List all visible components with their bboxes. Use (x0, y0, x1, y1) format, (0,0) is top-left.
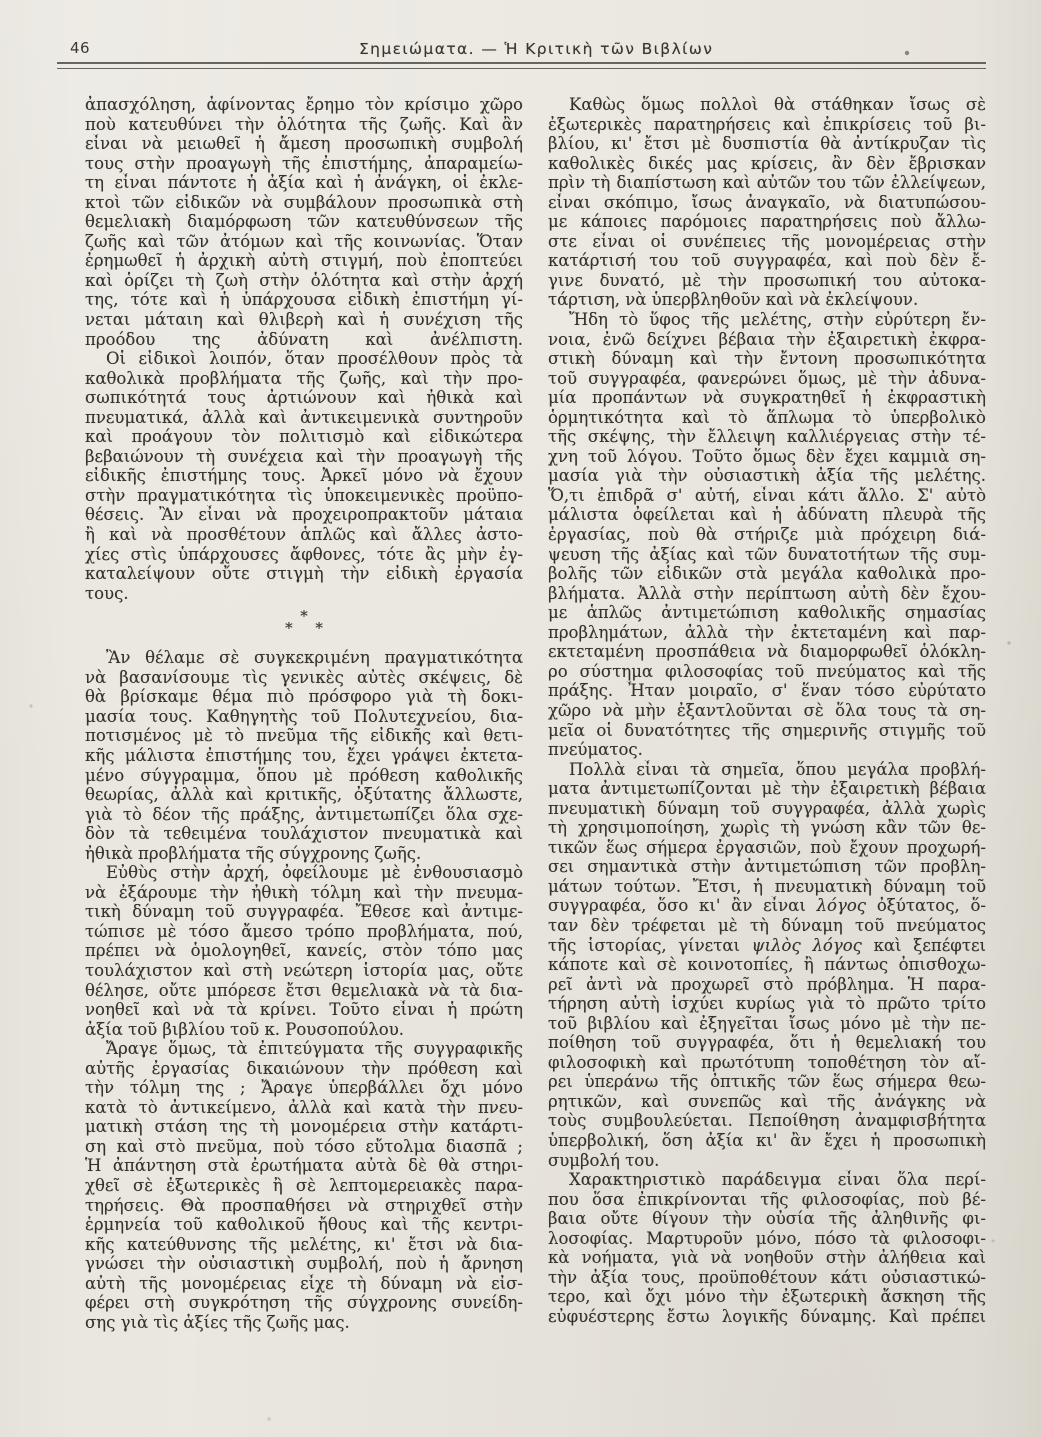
text-line: στε εἶναι οἱ συνέπειες τῆς μονομέρειας σ… (548, 232, 986, 252)
text-line: τοῦ συγγραφέα, φανερώνει ὅμως, μὲ τὴν ἀδ… (548, 369, 986, 389)
text-line: ὑπερβολική, ὅση ἀξία κι' ἂν ἔχει ἡ προσω… (548, 1131, 986, 1151)
text-line: καταλείψουν οὔτε στιγμὴ τὴν εἰδικὴ ἐργασ… (85, 564, 523, 584)
paragraph: Οἱ εἰδικοὶ λοιπόν, ὅταν προσέλθουν πρὸς … (85, 349, 523, 603)
running-title: Σημειώματα. — Ἡ Κριτικὴ τῶν Βιβλίων (359, 40, 713, 58)
text-line: με ἁπλῶς ἀντιμετώπιση καθολικῆς σημασίας (548, 603, 986, 623)
text-line: ζωῆς καὶ τῶν ἀτόμων καὶ τῆς κοινωνίας. Ὅ… (85, 232, 523, 252)
text-line: τουλάχιστον καὶ στὴ νεώτερη ἱστορία μας,… (85, 961, 523, 981)
text-line: προβλημάτων, ἀλλὰ τὴν ἐκτεταμένη καὶ παρ… (548, 623, 986, 643)
paragraph: Ἄραγε ὅμως, τὰ ἐπιτεύγματα τῆς συγγραφικ… (85, 1039, 523, 1332)
text-line: ἐξωτερικὲς παρατηρήσεις καὶ ἐπικρίσεις τ… (548, 115, 986, 135)
text-line: ρεῖ ἀντὶ νὰ προχωρεῖ στὸ πρόβλημα. Ἡ παρ… (548, 975, 986, 995)
text-line: που ὅσα ἐπικρίνονται τῆς φιλοσοφίας, ποὺ… (548, 1190, 986, 1210)
header-rule (57, 62, 986, 69)
text-line: κῆς μάλιστα ἐπιστήμης του, ἔχει γράψει ἐ… (85, 746, 523, 766)
text-line: τερο, καὶ ὄχι μόνο τὴν ἐξωτερικὴ ἄσκηση … (548, 1287, 986, 1307)
text-line: τικῶν ἕως σήμερα ἐργασιῶν, ποὺ ἔχουν προ… (548, 838, 986, 858)
text-line: πνευματικὴ δύναμη τοῦ συγγραφέα, ἀλλὰ χω… (548, 799, 986, 819)
text-line: γινε δυνατό, μὲ τὴν προσωπική του αὐτοκα… (548, 271, 986, 291)
text-line: ποὺ κατευθύνει τὴν ὁλότητα τῆς ζωῆς. Καὶ… (85, 115, 523, 135)
text-line: νὰ ἐξάρουμε τὴν ἠθικὴ τόλμη καὶ τὴν πνευ… (85, 883, 523, 903)
text-line: νεται μάταιη καὶ θλιβερὴ καὶ ἡ συνέχιση … (85, 310, 523, 330)
text-line: τὴ χρησιμοποίηση, χωρὶς τὴ γνώση κἂν τῶν… (548, 818, 986, 838)
text-line: ἐρημωθεῖ ἡ ἀρχικὴ αὐτὴ στιγμή, ποὺ ἐποπτ… (85, 251, 523, 271)
text-line: προόδου της ἀδύνατη καὶ ἀνέλπιστη. (85, 330, 523, 350)
asterism-separator: ** * (85, 603, 523, 648)
text-line: ψευση τῆς ἀξίας καὶ τῶν δυνατοτήτων τῆς … (548, 545, 986, 565)
text-line: καὶ προάγουν τὸν πολιτισμὸ καὶ εἰδικώτερ… (85, 427, 523, 447)
text-line: γνώσει τὴν οὐσιαστικὴ συμβολή, ποὺ ἡ ἄρν… (85, 1254, 523, 1274)
text-line: ταν δὲν τρέφεται μὲ τὴ δύναμη τοῦ πνεύμα… (548, 916, 986, 936)
text-line: καθολικὲς δικές μας κρίσεις, ἂν δὲν ἔβρι… (548, 154, 986, 174)
text-line: Οἱ εἰδικοὶ λοιπόν, ὅταν προσέλθουν πρὸς … (85, 349, 523, 369)
text-line: νοηθεῖ καὶ νὰ τὰ κρίνει. Τοῦτο εἶναι ἡ π… (85, 1000, 523, 1020)
text-line: κατάρτισή του τοῦ συγγραφέα, καὶ ποὺ δὲν… (548, 251, 986, 271)
text-line: μασία γιὰ τὴν οὐσιαστικὴ ἀξία τῆς μελέτη… (548, 466, 986, 486)
text-line: τους στὴν προαγωγὴ τῆς ἐπιστήμης, ἀπαραμ… (85, 154, 523, 174)
asterisk-glyph: * * (85, 622, 523, 635)
text-line: μάλιστα ὀφείλεται καὶ ἡ ἀδύνατη πλευρὰ τ… (548, 505, 986, 525)
text-column-right: Καθὼς ὅμως πολλοὶ θὰ στάθηκαν ἴσως σὲἐξω… (548, 95, 986, 1332)
text-line: τῆς ἱστορίας, γίνεται ψιλὸς λόγος καὶ ξε… (548, 936, 986, 956)
text-line: Ἡ ἀπάντηση στὰ ἐρωτήματα αὐτὰ δὲ θὰ στηρ… (85, 1156, 523, 1176)
text-line: εκτεταμένη προσπάθεια νὰ διαμορφωθεῖ ὁλό… (548, 642, 986, 662)
text-line: εἶναι νὰ μειωθεῖ ἡ ἄμεση προσωπικὴ συμβο… (85, 134, 523, 154)
text-line: τοὺς συμβουλεύεται. Πεποίθηση ἀναμφισβήτ… (548, 1111, 986, 1131)
text-line: γιὰ τὸ δέον τῆς πράξης, ἀντιμετωπίζει ὅλ… (85, 805, 523, 825)
text-line: συγγραφέα, ὅσο κι' ἂν εἶναι λόγος ὀξύτατ… (548, 896, 986, 916)
page-number: 46 (70, 39, 90, 57)
text-line: τῆς σκέψης, τὴν ἔλλειψη καλλιέργειας στὴ… (548, 427, 986, 447)
text-line: τικὴ δύναμη τοῦ συγγραφέα. Ἔθεσε καὶ ἀντ… (85, 902, 523, 922)
text-line: βεβαιώνουν τὴ συνέχεια καὶ τὴν προαγωγὴ … (85, 447, 523, 467)
text-line: καθολικὰ προβλήματα τῆς ζωῆς, καὶ τὴν πρ… (85, 369, 523, 389)
paragraph: Καθὼς ὅμως πολλοὶ θὰ στάθηκαν ἴσως σὲἐξω… (548, 95, 986, 310)
text-line: καὶ ὁρίζει τὴ ζωὴ στὴν ὁλότητα καὶ στὴν … (85, 271, 523, 291)
text-line: ρητικῶν, καὶ συνεπῶς καὶ τῆς ἀνάγκης νὰ (548, 1092, 986, 1112)
text-line: λοσοφίας. Μαρτυροῦν μόνο, πόσο τὰ φιλοσο… (548, 1229, 986, 1249)
text-line: συμβολή του. (548, 1151, 986, 1171)
text-line: ὁρμητικότητα καὶ τὸ ἅπλωμα τὸ ὑπερβολικὸ (548, 408, 986, 428)
text-line: χῶρο νὰ μὴν ἐξαντλοῦνται σὲ ὅλα τους τὰ … (548, 701, 986, 721)
text-line: φέρει στὴ συγκρότηση τῆς σύγχρονης συνεί… (85, 1293, 523, 1313)
paragraph: Εὐθὺς στὴν ἀρχή, ὀφείλουμε μὲ ἐνθουσιασμ… (85, 863, 523, 1039)
text-line: ἀπασχόληση, ἀφίνοντας ἔρημο τὸν κρίσιμο … (85, 95, 523, 115)
text-line: θέλησε, οὔτε μπόρεσε ἔτσι θεμελιακὰ νὰ τ… (85, 981, 523, 1001)
text-line: στὴν πραγματικότητα τὶς ὑποκειμενικὲς πρ… (85, 486, 523, 506)
text-line: τὴν ἀξία τους, προϋποθέτουν κάτι οὐσιαστ… (548, 1268, 986, 1288)
text-line: πράξης. Ἦταν μοιραῖο, σ' ἕναν τόσο εὐρύτ… (548, 681, 986, 701)
text-line: στικὴ δύναμη καὶ τὴν ἔντονη προσωπικότητ… (548, 349, 986, 369)
text-line: ρει ὑπεράνω τῆς ὀπτικῆς τῶν ἕως σήμερα θ… (548, 1072, 986, 1092)
text-line: χίες στὶς ὑπάρχουσες ἄφθονες, τότε ἂς μὴ… (85, 545, 523, 565)
text-line: Εὐθὺς στὴν ἀρχή, ὀφείλουμε μὲ ἐνθουσιασμ… (85, 863, 523, 883)
text-line: χθεῖ σὲ ἐξωτερικὲς ἢ σὲ λεπτομερειακὲς π… (85, 1176, 523, 1196)
text-line: μένο σύγγραμμα, ὅπου μὲ πρόθεση καθολικῆ… (85, 766, 523, 786)
scan-speck (0, 0, 2, 2)
text-line: σει σημαντικὰ στὴν ἀντιμετώπιση τῶν προβ… (548, 857, 986, 877)
text-line: Ἄραγε ὅμως, τὰ ἐπιτεύγματα τῆς συγγραφικ… (85, 1039, 523, 1059)
text-line: ἐργασίας, ποὺ θὰ στήριζε μιὰ πρόχειρη δι… (548, 525, 986, 545)
text-line: ματα ἀντιμετωπίζονται μὲ τὴν ἐξαιρετικὴ … (548, 779, 986, 799)
text-line: πνεύματος. (548, 740, 986, 760)
text-line: πρὶν τὴ διαπίστωση καὶ αὐτῶν του τῶν ἐλλ… (548, 173, 986, 193)
text-line: βολῆς τῶν εἰδικῶν στὰ μεγάλα καθολικὰ πρ… (548, 564, 986, 584)
text-line: με κάποιες παρόμοιες παρατηρήσεις ποὺ ἄλ… (548, 212, 986, 232)
text-line: Ὅ,τι ἐπιδρᾶ σ' αὐτή, εἶναι κάτι ἄλλο. Σ'… (548, 486, 986, 506)
text-line: Ἤδη τὸ ὕφος τῆς μελέτης, στὴν εὐρύτερη ἔ… (548, 310, 986, 330)
text-columns: ἀπασχόληση, ἀφίνοντας ἔρημο τὸν κρίσιμο … (85, 95, 986, 1332)
text-line: τοῦ βιβλίου καὶ ἐξηγεῖται ἴσως μόνο μὲ τ… (548, 1014, 986, 1034)
text-line: κὰ νοήματα, γιὰ νὰ νοηθοῦν στὴν ἀλήθεια … (548, 1248, 986, 1268)
text-line: ἀξία τοῦ βιβλίου τοῦ κ. Ρουσοπούλου. (85, 1020, 523, 1040)
text-line: τους. (85, 584, 523, 604)
text-line: ρο σύστημα φιλοσοφίας τοῦ πνεύματος καὶ … (548, 662, 986, 682)
text-line: αὐτῆς ἐργασίας δικαιώνουν τὴν πρόθεση κα… (85, 1059, 523, 1079)
text-line: ση καὶ στὸ πνεῦμα, ποὺ τόσο εὔτολμα διασ… (85, 1137, 523, 1157)
text-line: ποίθηση τοῦ συγγραφέα, ὅτι ἡ θεμελιακή τ… (548, 1033, 986, 1053)
text-line: Καθὼς ὅμως πολλοὶ θὰ στάθηκαν ἴσως σὲ (548, 95, 986, 115)
text-line: ἑρμηνεία τοῦ καθολικοῦ ἤθους καὶ τῆς κεν… (85, 1215, 523, 1235)
text-line: μεῖα οἱ δυνατότητες τῆς σημερινῆς στιγμῆ… (548, 721, 986, 741)
text-line: Ἂν θέλαμε σὲ συγκεκριμένη πραγματικότητα (85, 648, 523, 668)
text-line: μάτων τούτων. Ἔτσι, ἡ πνευματικὴ δύναμη … (548, 877, 986, 897)
text-line: θεμελιακὴ διαμόρφωση τῶν κατευθύνσεων τῆ… (85, 212, 523, 232)
text-line: Πολλὰ εἶναι τὰ σημεῖα, ὅπου μεγάλα προβλ… (548, 760, 986, 780)
document-page: 46 Σημειώματα. — Ἡ Κριτικὴ τῶν Βιβλίων ἀ… (0, 0, 1041, 1437)
text-line: κατὰ τὸ ἀντικείμενο, ἀλλὰ καὶ κατὰ τὴν π… (85, 1098, 523, 1118)
text-line: εὐφυέστερης ἔστω λογικῆς δύναμης. Καὶ πρ… (548, 1307, 986, 1327)
text-line: της, τότε καὶ ἡ ὑπάρχουσα εἰδικὴ ἐπιστήμ… (85, 290, 523, 310)
text-line: νοια, ἐνῶ δείχνει βέβαια τὴν ἐξαιρετικὴ … (548, 330, 986, 350)
text-line: θὰ βρίσκαμε θέμα πιὸ πρόσφορο γιὰ τὴ δοκ… (85, 687, 523, 707)
text-line: πρέπει νὰ ὁμολογηθεῖ, κανείς, στὸν τόπο … (85, 941, 523, 961)
text-line: μία προπάντων νὰ συγκρατηθεῖ ἡ ἐκφραστικ… (548, 388, 986, 408)
text-line: βλίου, κι' ἔτσι μὲ δυσπιστία θὰ ἀντίκρυζ… (548, 134, 986, 154)
paragraph: Ἤδη τὸ ὕφος τῆς μελέτης, στὴν εὐρύτερη ἔ… (548, 310, 986, 760)
text-line: νὰ βασανίσουμε τὶς γενικὲς αὐτὲς σκέψεις… (85, 668, 523, 688)
text-line: ματικὴ στάση της τὴ μονομέρεια στὴν κατά… (85, 1117, 523, 1137)
text-line: χνη τοῦ λόγου. Τοῦτο ὅμως δὲν ἔχει καμμι… (548, 447, 986, 467)
text-line: δὸν τὰ τεθειμένα τουλάχιστον πνευματικὰ … (85, 824, 523, 844)
text-line: εἰδικῆς ἐπιστήμης τους. Ἀρκεῖ μόνο νὰ ἔχ… (85, 466, 523, 486)
paragraph: Χαρακτηριστικὸ παράδειγμα εἶναι ὅλα περί… (548, 1170, 986, 1326)
text-line: ποτισμένος μὲ τὸ πνεῦμα τῆς εἰδικῆς καὶ … (85, 726, 523, 746)
text-line: μασία τους. Καθηγητὴς τοῦ Πολυτεχνείου, … (85, 707, 523, 727)
text-column-left: ἀπασχόληση, ἀφίνοντας ἔρημο τὸν κρίσιμο … (85, 95, 523, 1332)
text-line: θεωρίας, ἀλλὰ καὶ κριτικῆς, ὀξύτατης ἄλλ… (85, 785, 523, 805)
text-line: φιλοσοφικὴ καὶ πρωτότυπη τοποθέτηση τὸν … (548, 1053, 986, 1073)
text-line: αὐτὴ τῆς μονομέρειας εἶχε τὴ δύναμη νὰ ε… (85, 1274, 523, 1294)
text-line: τήρηση αὐτὴ ἰσχύει κυρίως γιὰ τὸ πρῶτο τ… (548, 994, 986, 1014)
text-line: σωπικότητά τους ἀρτιώνουν καὶ ἠθικὰ καὶ (85, 388, 523, 408)
text-line: θέσεις. Ἂν εἶναι νὰ προχειροπρακτοῦν μάτ… (85, 505, 523, 525)
text-line: πνευματικά, ἀλλὰ καὶ ἀντικειμενικὰ συντη… (85, 408, 523, 428)
text-line: τη εἶναι πάντοτε ἡ ἀξία καὶ ἡ ἀνάγκη, οἱ… (85, 173, 523, 193)
text-line: κάποτε καὶ σὲ κοινοτοπίες, ἢ πάντως ὀπισ… (548, 955, 986, 975)
paragraph: Ἂν θέλαμε σὲ συγκεκριμένη πραγματικότητα… (85, 648, 523, 863)
text-line: ἢ καὶ νὰ προσθέτουν ἁπλῶς καὶ ἄλλες ἀστο… (85, 525, 523, 545)
paragraph: Πολλὰ εἶναι τὰ σημεῖα, ὅπου μεγάλα προβλ… (548, 760, 986, 1170)
text-line: βλήματα. Ἀλλὰ στὴν περίπτωση αὐτὴ δὲν ἔχ… (548, 584, 986, 604)
text-line: τὴν τόλμη της ; Ἄραγε ὑπερβάλλει ὄχι μόν… (85, 1078, 523, 1098)
text-line: βαια οὔτε θίγουν τὴν οὐσία τῆς ἀληθινῆς … (548, 1209, 986, 1229)
text-line: Χαρακτηριστικὸ παράδειγμα εἶναι ὅλα περί… (548, 1170, 986, 1190)
text-line: ἠθικὰ προβλήματα τῆς σύγχρονης ζωῆς. (85, 844, 523, 864)
text-line: κτοὶ τῶν εἰδικῶν νὰ συμβάλουν προσωπικὰ … (85, 193, 523, 213)
text-line: τάρτιση, νὰ ὑπερβληθοῦν καὶ νὰ ἐκλείψουν… (548, 290, 986, 310)
text-line: κῆς κατεύθυνσης τῆς μελέτης, κι' ἔτσι νὰ… (85, 1235, 523, 1255)
text-line: εἶναι σκόπιμο, ἴσως ἀναγκαῖο, νὰ διατυπώ… (548, 193, 986, 213)
text-line: τώπισε μὲ τόσο ἄμεσο τρόπο προβλήματα, π… (85, 922, 523, 942)
text-line: σης γιὰ τὶς ἀξίες τῆς ζωῆς μας. (85, 1313, 523, 1333)
text-line: τηρήσεις. Θὰ προσπαθήσει νὰ στηριχθεῖ στ… (85, 1196, 523, 1216)
paragraph: ἀπασχόληση, ἀφίνοντας ἔρημο τὸν κρίσιμο … (85, 95, 523, 349)
